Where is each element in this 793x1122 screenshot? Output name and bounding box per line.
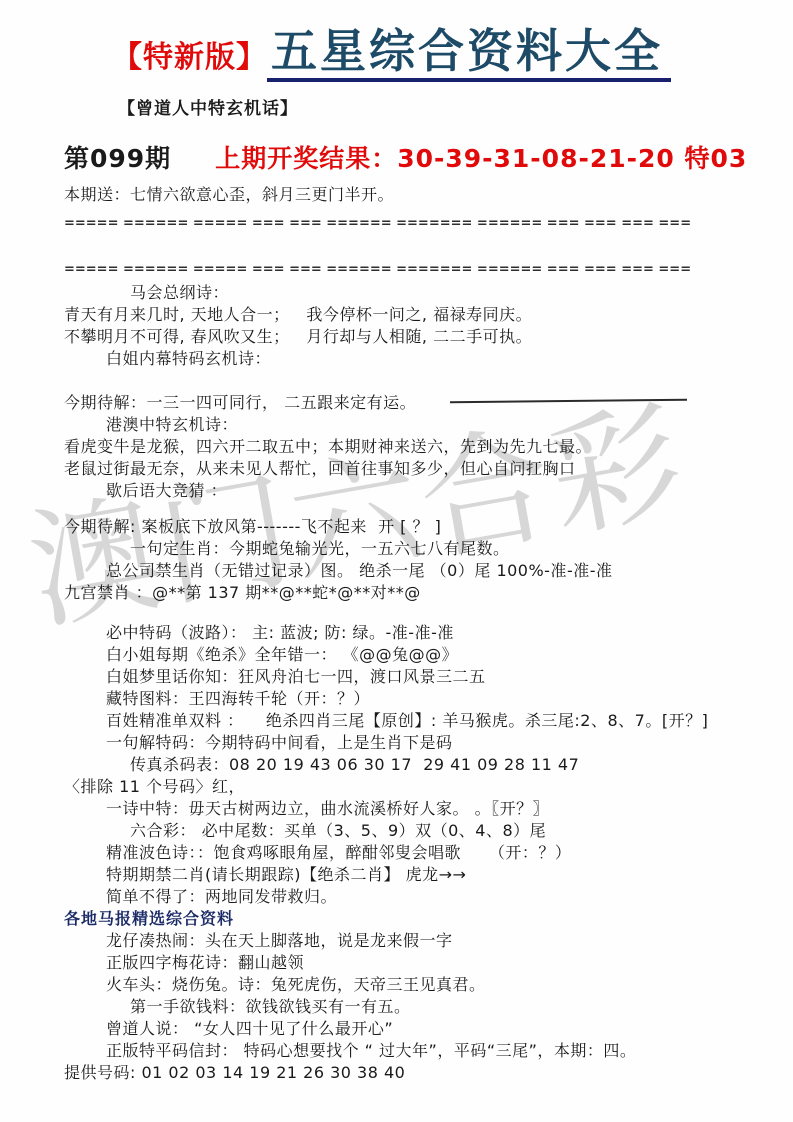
doc-line: 藏特图料：王四海转千轮（开：？） <box>64 688 793 710</box>
doc-line: 传真杀码表：08 20 19 43 06 30 17 29 41 09 28 1… <box>64 754 793 776</box>
page-header: 【特新版】 五星综合资料大全 <box>112 26 793 82</box>
doc-line: 港澳中特玄机诗： <box>64 414 793 436</box>
doc-line: 六合彩： 必中尾数：买单（3、5、9）双（0、4、8）尾 <box>64 820 793 842</box>
doc-line: 〈排除 11 个号码〉红， <box>64 776 793 798</box>
edition-tag: 【特新版】 <box>112 32 267 76</box>
doc-line: 不攀明月不可得, 春风吹又生； 月行却与人相随, 二二手可执。 <box>64 326 793 348</box>
document-content: 【特新版】 五星综合资料大全 【曾道人中特玄机话】 第099期 上期开奖结果：3… <box>0 26 793 1084</box>
spacer <box>64 502 793 516</box>
doc-line: 曾道人说： “女人四十见了什么最开心” <box>64 1018 793 1040</box>
document-body: 马会总纲诗： 青天有月来几时, 天地人合一； 我今停杯一问之, 福禄寿同庆。 不… <box>64 282 793 1084</box>
doc-line: 白姐梦里话你知：狂风舟泊七一四，渡口风景三二五 <box>64 666 793 688</box>
issue-row: 第099期 上期开奖结果：30-39-31-08-21-20 特03 <box>64 143 793 175</box>
issue-number: 第099期 <box>64 143 171 175</box>
doc-line: 火车头：烧伤兔。诗：兔死虎伤，天帝三王见真君。 <box>64 974 793 996</box>
separator-line: ===== ====== ===== === === ====== ======… <box>64 216 692 232</box>
doc-line: 第一手欲钱料：欲钱欲钱买有一有五。 <box>64 996 793 1018</box>
doc-line: 老鼠过街最无奈，从来未见人帮忙，回首往事知多少，但心自问扛胸口 <box>64 458 793 480</box>
doc-line: 今期待解：一三一四可同行， 二五跟来定有运。 <box>64 392 793 414</box>
doc-line: 一句定生肖：今期蛇兔输光光，一五六七八有尾数。 <box>64 538 793 560</box>
doc-line: 总公司禁生肖（无错过记录）图。 绝杀一尾 （0）尾 100%-准-准-准 <box>64 560 793 582</box>
page-title: 五星综合资料大全 <box>267 26 671 82</box>
doc-line: 正版特平码信封： 特码心想要找个 “ 过大年”，平码“三尾”，本期：四。 <box>64 1040 793 1062</box>
last-draw-result: 上期开奖结果：30-39-31-08-21-20 特03 <box>215 143 747 175</box>
doc-line: 看虎变牛是龙猴，四六开二取五中；本期财神来送六，先到为先九七最。 <box>64 436 793 458</box>
doc-section-header: 各地马报精选综合资料 <box>64 908 793 930</box>
doc-line: 百姓精准单双料 ： 绝杀四肖三尾【原创】: 羊马猴虎。杀三尾:2、8、7。[开？… <box>64 710 793 732</box>
doc-line: 龙仔凑热闹：头在天上脚落地，说是龙来假一字 <box>64 930 793 952</box>
doc-line: 九宫禁肖 ：@**第 137 期**@**蛇*@**对**@ <box>64 582 793 604</box>
doc-line: 必中特码（波路）： 主: 蓝波; 防: 绿。-准-准-准 <box>64 622 793 644</box>
page-subtitle: 【曾道人中特玄机话】 <box>118 94 793 119</box>
doc-line: 精准波色诗：：饱食鸡啄眼角屋，醉酣邻叟会唱歌 （开：？） <box>64 842 793 864</box>
doc-line: 歇后语大竞猜 ： <box>64 480 793 502</box>
doc-line: 白小姐每期《绝杀》全年错一： 《@@兔@@》 <box>64 644 793 666</box>
doc-line: 白姐内幕特码玄机诗： <box>64 348 793 370</box>
spacer <box>64 370 793 392</box>
doc-line: 一句解特码：今期特码中间看，上是生肖下是码 <box>64 732 793 754</box>
doc-line: 今期待解: 案板底下放风第-------飞不起来 开 [ ？ ] <box>64 516 793 538</box>
gift-line: 本期送：七情六欲意心歪，斜月三更门半开。 <box>64 184 793 206</box>
separator-line: ===== ====== ===== === === ====== ======… <box>64 262 692 278</box>
doc-line: 正版四字梅花诗：翻山越领 <box>64 952 793 974</box>
doc-line: 提供号码: 01 02 03 14 19 21 26 30 38 40 <box>64 1062 793 1084</box>
doc-line: 特期期禁二肖(请长期跟踪)【绝杀二肖】 虎龙→→ <box>64 864 793 886</box>
spacer <box>64 604 793 622</box>
doc-line: 青天有月来几时, 天地人合一； 我今停杯一问之, 福禄寿同庆。 <box>64 304 793 326</box>
doc-line: 一诗中特：毋天古树两边立，曲水流溪桥好人家。 。〖开？〗 <box>64 798 793 820</box>
doc-line: 马会总纲诗： <box>64 282 793 304</box>
doc-line: 简单不得了：两地同发带救归。 <box>64 886 793 908</box>
document-page: 澳门六合彩 【特新版】 五星综合资料大全 【曾道人中特玄机话】 第099期 上期… <box>0 0 793 1122</box>
